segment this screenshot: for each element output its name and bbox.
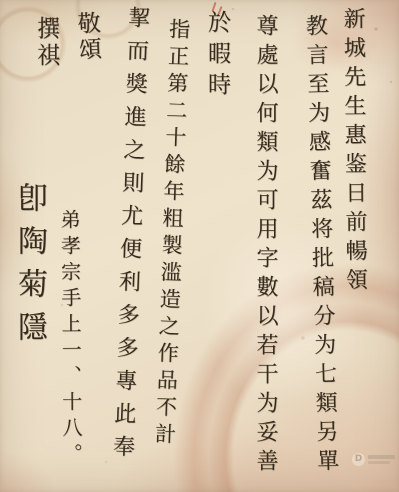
letter-column-body-1: 教言至为感奮茲将批稿分为七類另單 xyxy=(299,14,342,479)
watermark-circle-icon: D xyxy=(352,453,365,466)
letter-column-body-3: 於暇時 xyxy=(201,10,234,103)
letter-column-salutation: 新城先生惠鉴日前暢領 xyxy=(337,7,371,297)
letter-column-signature-date: 弟孝宗手上一、十八。 xyxy=(55,209,86,469)
letter-column-body-2: 尊處以何類为可用字數以若干为妥善 xyxy=(250,14,281,478)
watermark-text-bars xyxy=(368,455,395,464)
letter-column-attribution: 卽陶菊隱 xyxy=(7,182,51,354)
letter-column-body-4: 指正第二十餘年粗製滥造之作品不計 xyxy=(149,17,194,450)
letter-column-closing-1: 敬頌 xyxy=(70,10,106,64)
letter-column-closing-2: 撰祺 xyxy=(30,16,63,70)
letter-paper: 新城先生惠鉴日前暢領 教言至为感奮茲将批稿分为七類另單 尊處以何類为可用字數以若… xyxy=(0,0,399,492)
letter-column-body-5: 挈而獎進之則尤便利多多專此奉 xyxy=(106,5,153,468)
photo-watermark: D xyxy=(352,453,395,466)
